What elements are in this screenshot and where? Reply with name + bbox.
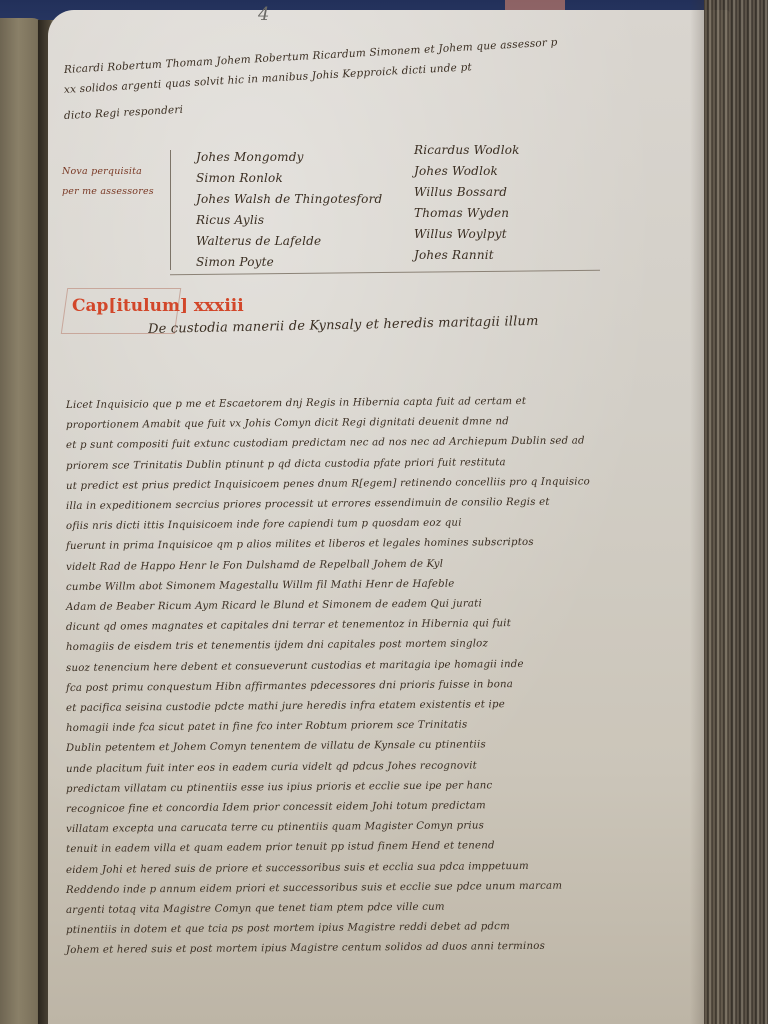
name-left: Johes Walsh de Thingotesford bbox=[196, 192, 382, 206]
chapter-label: Cap[itulum] xxxiii bbox=[72, 296, 244, 316]
margin-note: Nova perquisita bbox=[62, 166, 142, 177]
name-right: Willus Woylpyt bbox=[414, 227, 507, 241]
name-left: Simon Ronlok bbox=[196, 171, 283, 185]
folio-number: 4 bbox=[258, 4, 269, 25]
name-right: Johes Rannit bbox=[414, 248, 494, 262]
name-right: Ricardus Wodlok bbox=[414, 143, 520, 157]
red-ink-stain bbox=[505, 0, 565, 10]
name-left: Johes Mongomdy bbox=[196, 150, 304, 164]
margin-note: per me assessores bbox=[62, 186, 154, 197]
name-left: Ricus Aylis bbox=[196, 213, 264, 227]
name-left: Simon Poyte bbox=[196, 255, 274, 269]
name-left: Walterus de Lafelde bbox=[196, 234, 321, 248]
name-right: Willus Bossard bbox=[414, 185, 507, 199]
name-right: Johes Wodlok bbox=[414, 164, 498, 178]
stacked-page-edges bbox=[704, 0, 768, 1024]
name-right: Thomas Wyden bbox=[414, 206, 509, 220]
